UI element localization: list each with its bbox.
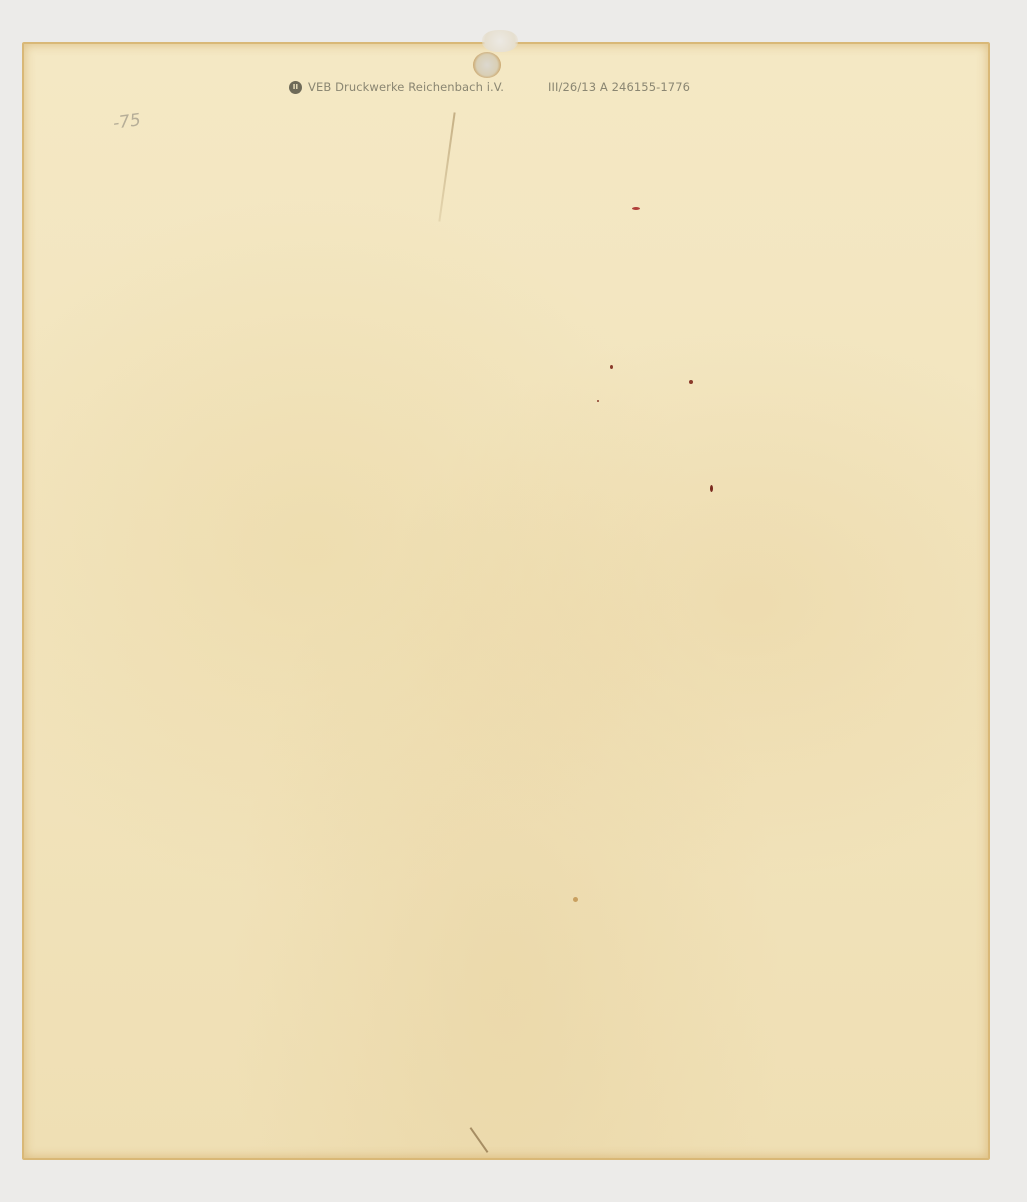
stain-spot	[689, 380, 693, 384]
stain-spot	[632, 207, 640, 210]
stain-spot	[710, 485, 713, 492]
stain-spot	[573, 897, 578, 902]
stain-spot	[610, 365, 613, 369]
torn-edge	[482, 30, 518, 52]
print-code: III/26/13 A 246155-1776	[548, 80, 690, 94]
paper-sheet	[22, 42, 990, 1160]
stain-spot	[597, 400, 599, 402]
printer-logo-icon: II	[289, 81, 302, 94]
pencil-note: -75	[112, 110, 142, 134]
publisher-text: VEB Druckwerke Reichenbach i.V.	[308, 80, 504, 94]
printer-imprint: II VEB Druckwerke Reichenbach i.V. III/2…	[289, 79, 690, 95]
punch-hole	[473, 52, 501, 78]
